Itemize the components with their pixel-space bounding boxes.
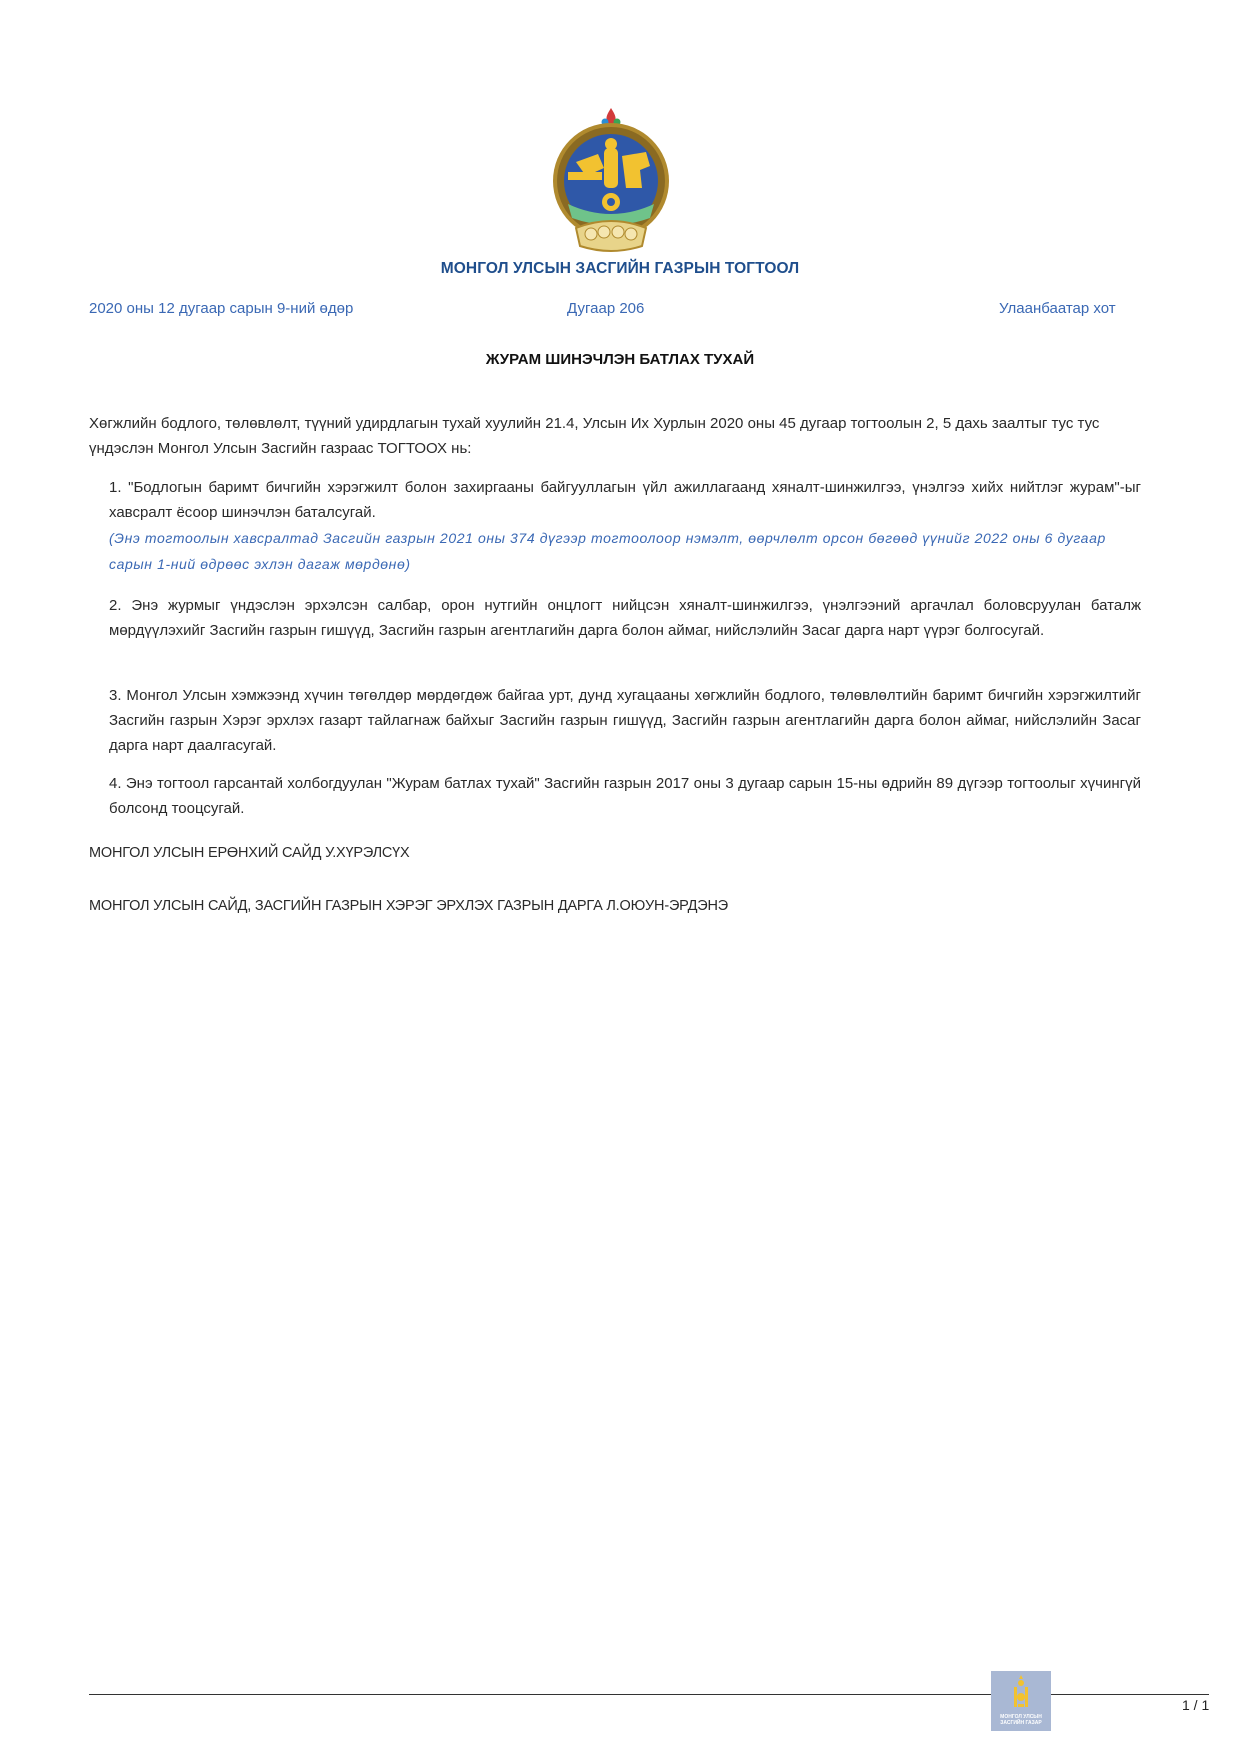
resolution-item-3: 3. Монгол Улсын хэмжээнд хүчин төгөлдөр … — [109, 683, 1141, 758]
preamble-paragraph: Хөгжлийн бодлого, төлөвлөлт, түүний удир… — [89, 411, 1141, 461]
resolution-date: 2020 оны 12 дугаар сарын 9-ний өдөр — [89, 300, 353, 317]
resolution-number: Дугаар 206 — [567, 300, 644, 317]
signature-prime-minister: МОНГОЛ УЛСЫН ЕРӨНХИЙ САЙД У.ХҮРЭЛСҮХ — [89, 845, 410, 861]
logo-label-line2: ЗАСГИЙН ГАЗАР — [1000, 1720, 1042, 1726]
signature-cabinet-secretary: МОНГОЛ УЛСЫН САЙД, ЗАСГИЙН ГАЗРЫН ХЭРЭГ … — [89, 898, 728, 914]
amendment-note: (Энэ тогтоолын хавсралтад Засгийн газрын… — [109, 525, 1141, 577]
state-emblem-icon — [546, 106, 676, 256]
resolution-item-2: 2. Энэ журмыг үндэслэн эрхэлсэн салбар, … — [109, 593, 1141, 643]
resolution-item-1-text: 1. "Бодлогын баримт бичгийн хэрэгжилт бо… — [109, 475, 1141, 525]
soyombo-icon — [1013, 1675, 1029, 1711]
resolution-subject: ЖУРАМ ШИНЭЧЛЭН БАТЛАХ ТУХАЙ — [0, 351, 1240, 368]
page-number: 1 / 1 — [1182, 1697, 1209, 1713]
resolution-city: Улаанбаатар хот — [999, 300, 1116, 317]
resolution-item-4: 4. Энэ тогтоол гарсантай холбогдуулан "Ж… — [109, 771, 1141, 821]
resolution-item-1: 1. "Бодлогын баримт бичгийн хэрэгжилт бо… — [109, 475, 1141, 577]
government-logo: МОНГОЛ УЛСЫН ЗАСГИЙН ГАЗАР — [991, 1671, 1051, 1731]
document-title: МОНГОЛ УЛСЫН ЗАСГИЙН ГАЗРЫН ТОГТООЛ — [0, 260, 1240, 278]
